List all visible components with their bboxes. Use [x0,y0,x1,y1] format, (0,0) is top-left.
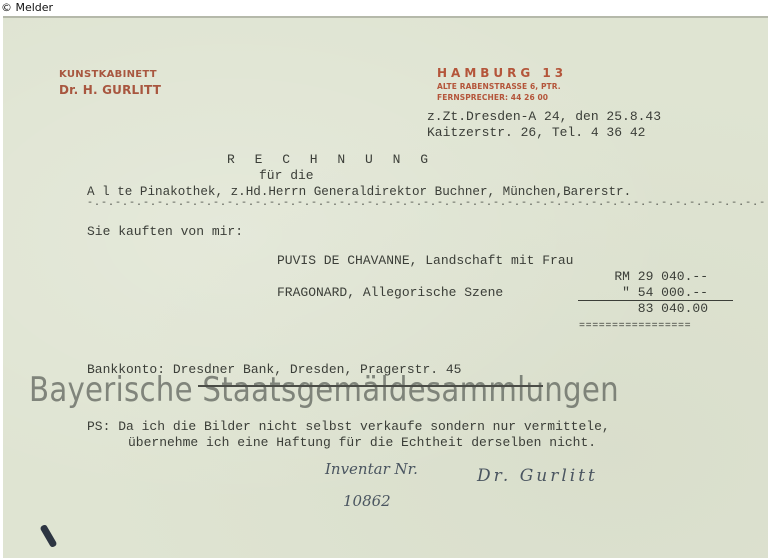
gallery-owner: Dr. H. GURLITT [59,82,161,98]
total-double-underline: ================= [579,319,691,335]
invoice-subtitle: für die [259,168,314,184]
handwritten-inventory-label: Inventar Nr. [325,460,418,478]
invoice-total: 83 040.00 [573,301,708,317]
letterhead-gallery: KUNSTKABINETT Dr. H. GURLITT [59,68,161,98]
invoice-title: R E C H N U N G [227,152,434,168]
invoice-document: KUNSTKABINETT Dr. H. GURLITT HAMBURG 13 … [3,16,768,558]
letterhead-address: HAMBURG 13 ALTE RABENSTRASSE 6, PTR. FER… [437,66,567,103]
ps-line-1: PS: Da ich die Bilder nicht selbst verka… [87,419,610,435]
copyright-credit: © Melder [1,0,53,16]
item-2-label: FRAGONARD, Allegorische Szene [277,285,503,301]
handwritten-inventory-number: 10862 [343,492,391,510]
ink-smudge [39,524,57,548]
handwritten-signature: Dr. Gurlitt [477,466,598,486]
letterhead-phone: FERNSPRECHER: 44 26 00 [437,92,567,103]
ps-line-2: übernehme ich eine Haftung für die Echth… [128,435,596,451]
sender-street-phone: Kaitzerstr. 26, Tel. 4 36 42 [427,125,661,141]
purchase-intro: Sie kauften von mir: [87,224,243,240]
gallery-name: KUNSTKABINETT [59,68,161,82]
item-2-amount: " 54 000.-- [573,285,708,301]
item-1-amount: RM 29 040.-- [573,269,708,285]
letterhead-city: HAMBURG 13 [437,66,567,81]
letterhead-street: ALTE RABENSTRASSE 6, PTR. [437,81,567,92]
pencil-strike-line [198,385,543,387]
item-1-label: PUVIS DE CHAVANNE, Landschaft mit Frau [277,253,573,269]
sender-location-date: z.Zt.Dresden-A 24, den 25.8.43 [427,109,661,125]
sender-block: z.Zt.Dresden-A 24, den 25.8.43 Kaitzerst… [427,109,661,141]
recipient-dotted-underline: -.-.-.-.-.-.-.-.-.-.-.-.-.-.-.-.-.-.-.-.… [87,198,767,209]
watermark: Bayerische Staatsgemäldesammlungen [29,370,619,410]
